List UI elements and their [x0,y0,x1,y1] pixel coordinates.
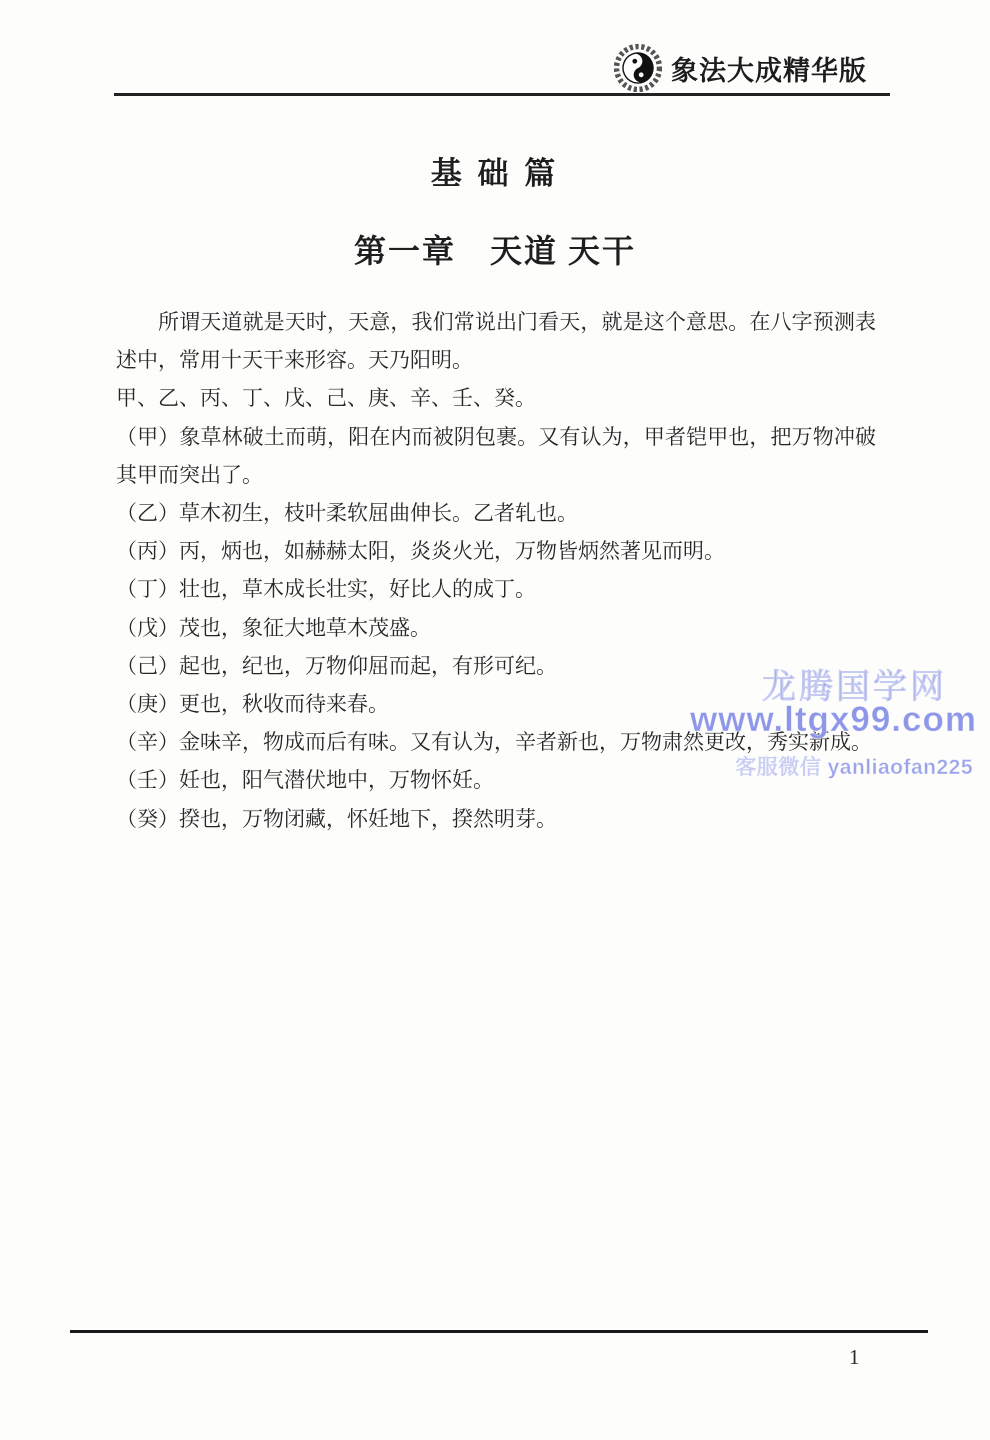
paragraph: （丁）壮也，草木成长壮实，好比人的成丁。 [116,570,876,608]
paragraph: （癸）揆也，万物闭藏，怀妊地下，揆然明芽。 [116,800,876,838]
document-page: 象法大成精华版 基 础 篇 第一章 天道 天干 所谓天道就是天时，天意，我们常说… [0,0,990,1440]
header-divider [114,93,890,96]
paragraph: （丙）丙，炳也，如赫赫太阳，炎炎火光，万物皆炳然著见而明。 [116,532,876,570]
yinyang-bagua-logo-icon [614,44,662,92]
chapter-title: 第一章 天道 天干 [0,226,990,272]
paragraph: （戊）茂也，象征大地草木茂盛。 [116,609,876,647]
paragraph: （庚）更也，秋收而待来春。 [116,685,876,723]
paragraph: （甲）象草林破土而萌，阳在内而被阴包裹。又有认为，甲者铠甲也，把万物冲破其甲而突… [116,418,876,494]
body-text: 所谓天道就是天时，天意，我们常说出门看天，就是这个意思。在八字预测表述中，常用十… [116,303,876,838]
paragraph: （壬）妊也，阳气潜伏地中，万物怀妊。 [116,761,876,799]
footer-divider [70,1330,928,1333]
section-title: 基 础 篇 [0,148,990,193]
header-brand: 象法大成精华版 [614,44,867,92]
paragraph: 所谓天道就是天时，天意，我们常说出门看天，就是这个意思。在八字预测表述中，常用十… [116,303,876,379]
brand-title: 象法大成精华版 [671,49,867,88]
paragraph: （乙）草木初生，枝叶柔软屈曲伸长。乙者轧也。 [116,494,876,532]
page-number: 1 [849,1345,860,1370]
paragraph: （己）起也，纪也，万物仰屈而起，有形可纪。 [116,647,876,685]
paragraph: （辛）金味辛，物成而后有味。又有认为，辛者新也，万物肃然更改，秀实新成。 [116,723,876,761]
paragraph: 甲、乙、丙、丁、戊、己、庚、辛、壬、癸。 [116,379,876,417]
